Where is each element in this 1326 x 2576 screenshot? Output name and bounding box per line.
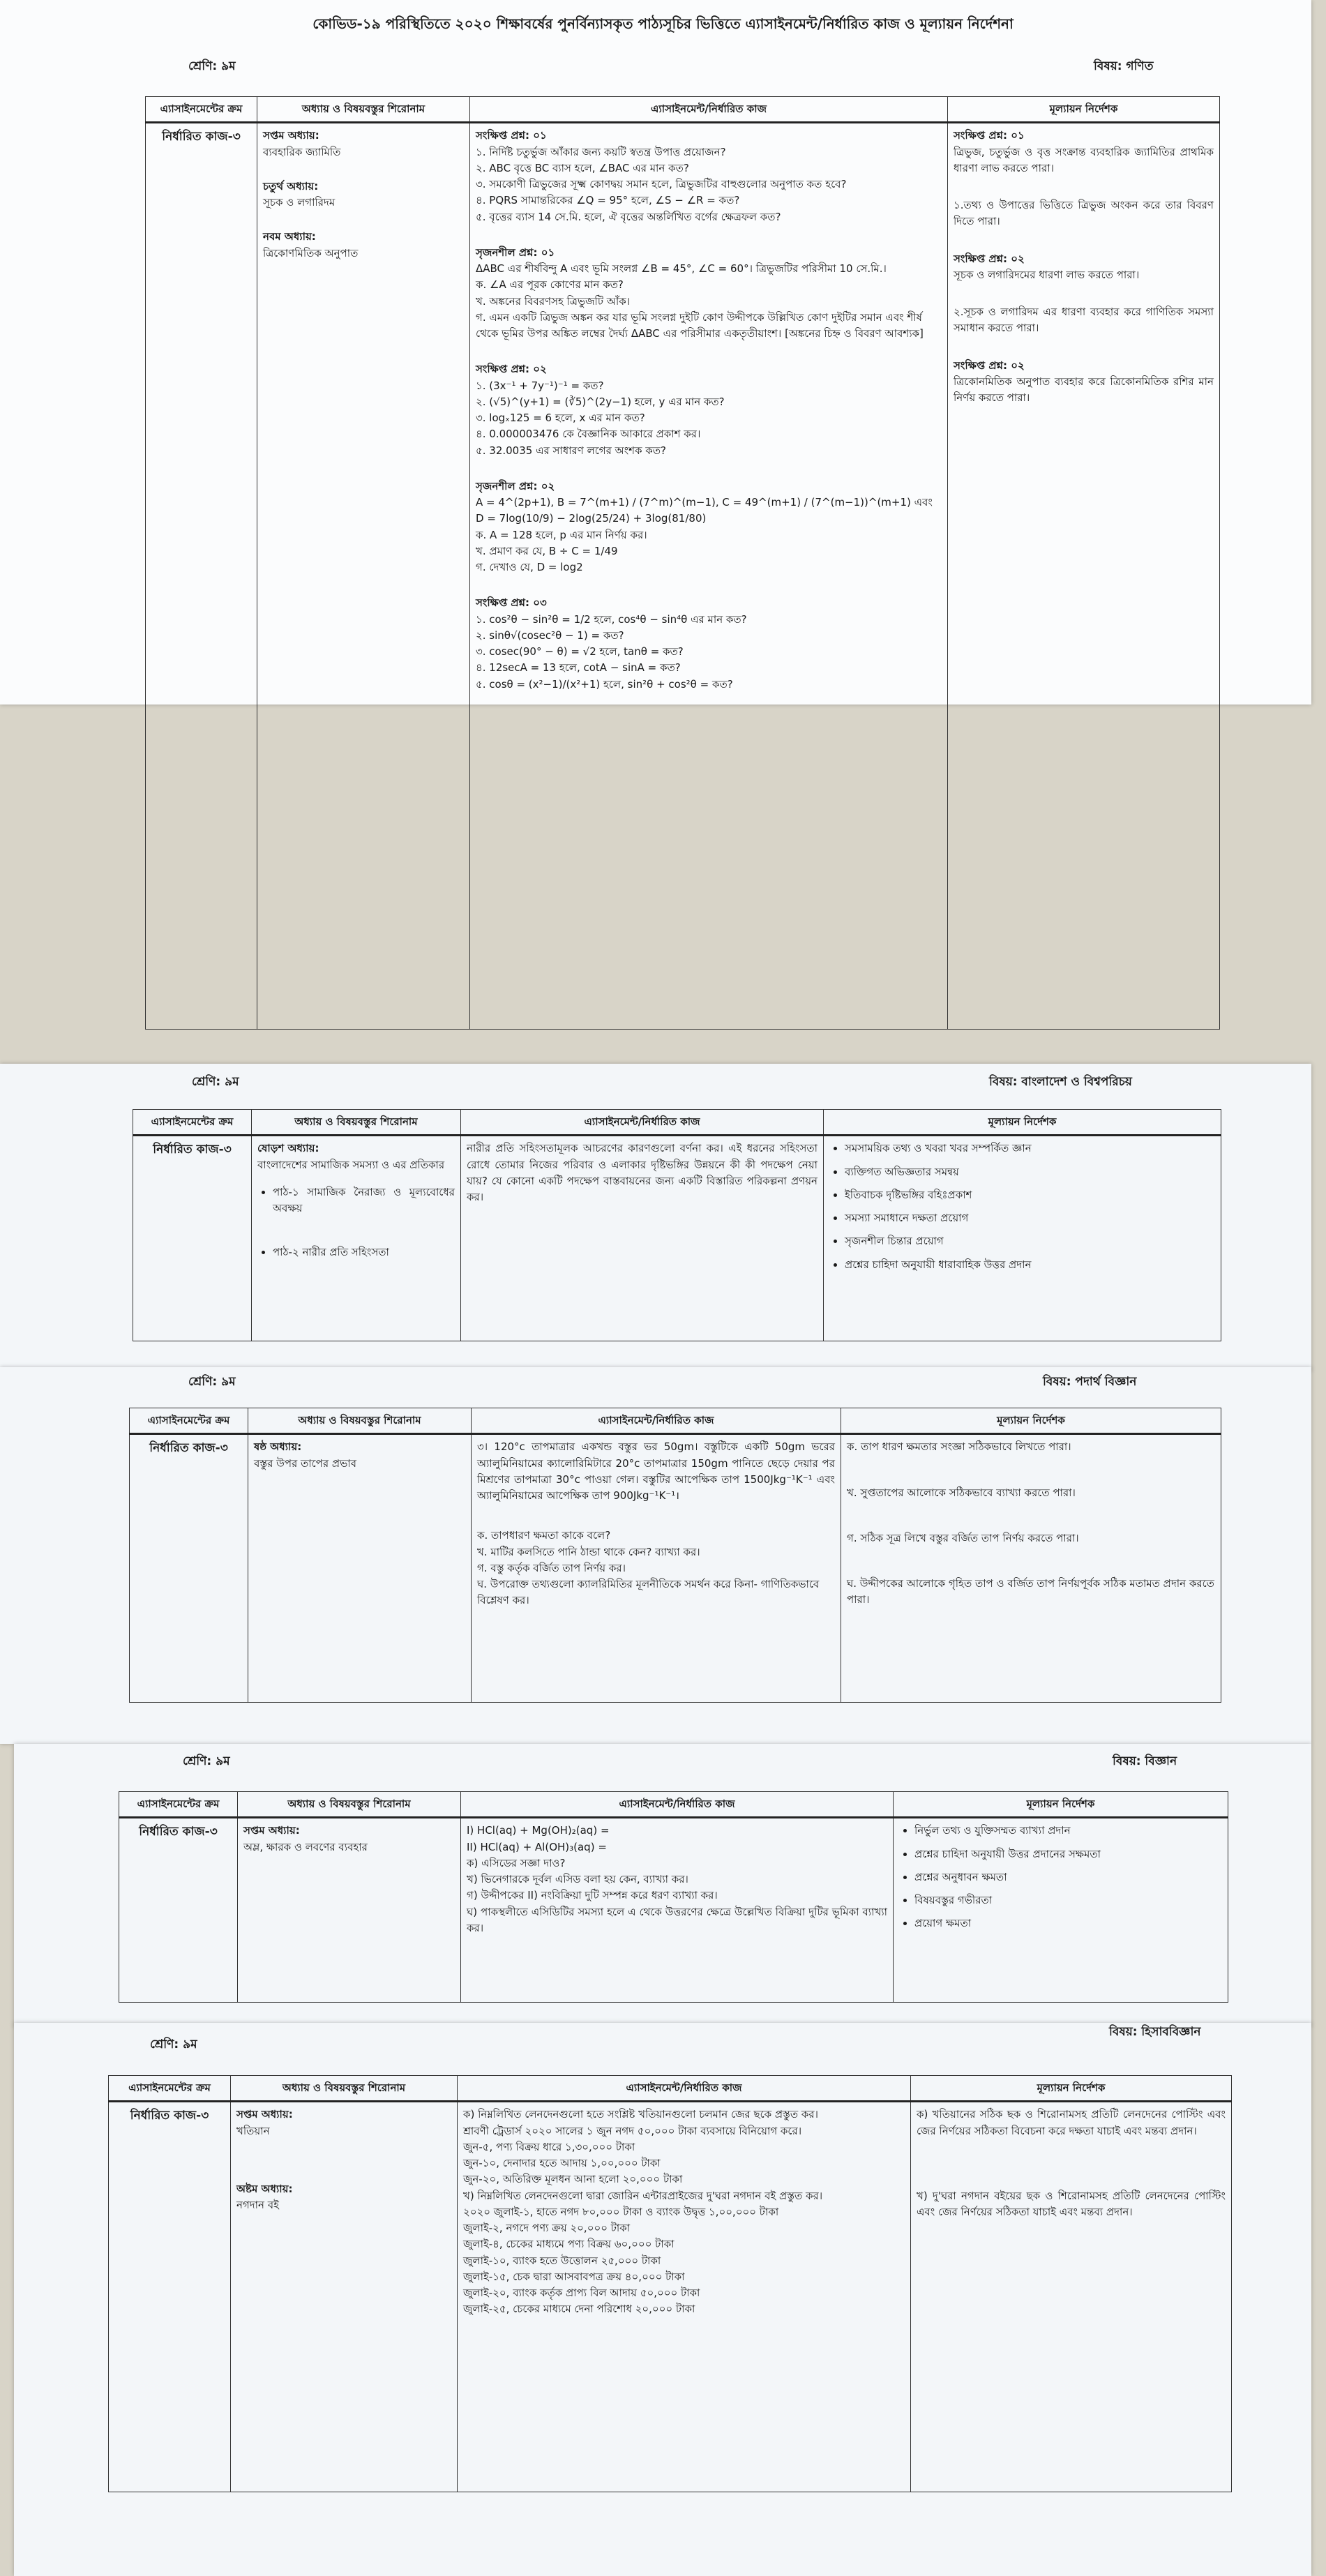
header-seq: এ্যাসাইনমেন্টের ক্রম [146,97,257,123]
block-heading: সংক্ষিপ্ত প্রশ্ন: ০২ [954,358,1214,374]
chapter-title: খতিয়ান [236,2123,451,2139]
criteria-item: ক. তাপ ধারণ ক্ষমতার সংজ্ঞা সঠিকভাবে লিখত… [847,1439,1215,1455]
criteria-item: ক) খতিয়ানের সঠিক ছক ও শিরোনামসহ প্রতিটি… [917,2107,1226,2139]
task-line: II) HCl(aq) + Al(OH)₃(aq) = [467,1839,887,1855]
block-line: গ. এমন একটি ত্রিভুজ অঙ্কন কর যার ভূমি সং… [476,310,942,342]
question-block: সংক্ষিপ্ত প্রশ্ন: ০২ত্রিকোনমিতিক অনুপাত … [954,358,1214,407]
task-line: জুন-৫, পণ্য বিক্রয় ধারে ১,৩০,০০০ টাকা [463,2139,905,2155]
header-chapter: অধ্যায় ও বিষয়বস্তুর শিরোনাম [252,1110,461,1136]
task-line: জুন-১০, দেনাদার হতে আদায় ১,০০,০০০ টাকা [463,2155,905,2171]
task-line: ২০২০ জুলাই-১, হাতে নগদ ৮০,০০০ টাকা ও ব্য… [463,2204,905,2220]
block-line: ১. cos²θ − sin²θ = 1/2 হলে, cos⁴θ − sin⁴… [476,612,942,628]
question-block: সংক্ষিপ্ত প্রশ্ন: ০৩১. cos²θ − sin²θ = 1… [476,595,942,693]
class-label: শ্রেণি: ৯ম [192,1073,239,1092]
criteria-item: ইতিবাচক দৃষ্টিভঙ্গির বহিঃপ্রকাশ [845,1187,1215,1203]
block-line: ক. A = 128 হলে, p এর মান নির্ণয় কর। [476,527,942,543]
chapter-title: নগদান বই [236,2197,451,2213]
task-cell: সংক্ষিপ্ত প্রশ্ন: ০১১. নির্দিষ্ট চতুর্ভু… [470,123,948,1030]
chapter-title: বাংলাদেশের সামাজিক সমস্যা ও এর প্রতিকার [257,1157,455,1173]
block-line: ৫. cosθ = (x²−1)/(x²+1) হলে, sin²θ + cos… [476,677,942,693]
block-line: ১. নির্দিষ্ট চতুর্ভুজ আঁকার জন্য কয়টি স… [476,144,942,160]
task-cell: নারীর প্রতি সহিংসতামূলক আচরণের কারণগুলো … [461,1136,824,1341]
chapter-title: বস্তুর উপর তাপের প্রভাব [254,1456,465,1472]
block-line: ৪. 0.000003476 কে বৈজ্ঞানিক আকারে প্রকাশ… [476,426,942,442]
chapter-cell: সপ্তম অধ্যায়: অম্ল, ক্ষারক ও লবণের ব্যব… [238,1818,461,2003]
chapter-label: অষ্টম অধ্যায়: [236,2181,451,2197]
task-line: খ) ভিনেগারকে দূর্বল এসিড বলা হয় কেন, ব্… [467,1871,887,1888]
question-list: ক. তাপধারণ ক্ষমতা কাকে বলে?খ. মাটির কলসি… [477,1528,835,1609]
question-item: ঘ. উপরোক্ত তথ্যগুলো ক্যালরিমিতির মূলনীতি… [477,1576,835,1609]
criteria-item: সমস্যা সমাধানে দক্ষতা প্রয়োগ [845,1210,1215,1226]
task-line: I) HCl(aq) + Mg(OH)₂(aq) = [467,1823,887,1839]
header-chapter: অধ্যায় ও বিষয়বস্তুর শিরোনাম [257,97,470,123]
header-chapter: অধ্যায় ও বিষয়বস্তুর শিরোনাম [248,1408,472,1434]
block-line: ১. (3x⁻¹ + 7y⁻¹)⁻¹ = কত? [476,378,942,394]
header-task: এ্যাসাইনমেন্ট/নির্ধারিত কাজ [461,1110,824,1136]
block-line: ৩. logₓ125 = 6 হলে, x এর মান কত? [476,410,942,426]
chapter-label: নবম অধ্যায়: [263,229,464,245]
block-line: ১.তথ্য ও উপাত্তের ভিত্তিতে ত্রিভুজ অংকন … [954,197,1214,230]
task-line: জুলাই-২, নগদে পণ্য ক্রয় ২০,০০০ টাকা [463,2220,905,2236]
block-line: গ. দেখাও যে, D = log2 [476,559,942,575]
question-block: সংক্ষিপ্ত প্রশ্ন: ০১ত্রিভুজ, চতুর্ভুজ ও … [954,128,1214,176]
task-line: জুন-২০, অতিরিক্ত মূলধন আনা হলো ২০,০০০ টা… [463,2171,905,2187]
chapter-title: ত্রিকোণমিতিক অনুপাত [263,246,464,262]
task-line: জুলাই-২৫, চেকের মাধ্যমে দেনা পরিশোধ ২০,০… [463,2301,905,2317]
subject-label: বিষয়: পদার্থ বিজ্ঞান [1043,1373,1136,1392]
criteria-list: সমসাময়িক তথ্য ও খবরা খবর সম্পর্কিত জ্ঞা… [829,1140,1215,1273]
criteria-item: সমসাময়িক তথ্য ও খবরা খবর সম্পর্কিত জ্ঞা… [845,1140,1215,1157]
chapter-label: ষষ্ঠ অধ্যায়: [254,1439,465,1455]
task-line: ক) এসিডের সজ্ঞা দাও? [467,1855,887,1871]
question-block: সংক্ষিপ্ত প্রশ্ন: ০২সূচক ও লগারিদমের ধার… [954,251,1214,284]
task-line: জুলাই-১০, ব্যাংক হতে উত্তোলন ২৫,০০০ টাকা [463,2253,905,2269]
block-line: ৩. cosec(90° − θ) = √2 হলে, tanθ = কত? [476,644,942,660]
block-heading: সংক্ষিপ্ত প্রশ্ন: ০৩ [476,595,942,611]
block-line: ΔABC এর শীর্ষবিন্দু A এবং ভূমি সংলগ্ন ∠B… [476,261,942,277]
block-line: ৫. বৃত্তের ব্যাস 14 সে.মি. হলে, ঐ বৃত্তে… [476,209,942,225]
criteria-item: ব্যক্তিগত অভিজ্ঞতার সমন্বয় [845,1164,1215,1180]
block-line: ৪. 12secA = 13 হলে, cotA − sinA = কত? [476,660,942,676]
question-block: ২.সূচক ও লগারিদম এর ধারণা ব্যবহার করে গা… [954,304,1214,337]
block-line: ২. sinθ√(cosec²θ − 1) = কত? [476,628,942,644]
header-chapter: অধ্যায় ও বিষয়বস্তুর শিরোনাম [231,2076,458,2102]
chapter-label: চতুর্থ অধ্যায়: [263,179,464,195]
accounting-assignment-table: এ্যাসাইনমেন্টের ক্রম অধ্যায় ও বিষয়বস্ত… [108,2075,1232,2492]
criteria-item: নির্ভুল তথ্য ও যুক্তিসম্মত ব্যাখ্যা প্রদ… [914,1823,1222,1839]
question-block: সংক্ষিপ্ত প্রশ্ন: ০১১. নির্দিষ্ট চতুর্ভু… [476,128,942,225]
header-seq: এ্যাসাইনমেন্টের ক্রম [109,2076,231,2102]
task-line: গ) উদ্দীপকের II) নংবিক্রিয়া দুটি সম্পন্… [467,1888,887,1904]
criteria-cell: নির্ভুল তথ্য ও যুক্তিসম্মত ব্যাখ্যা প্রদ… [894,1818,1228,2003]
assignment-seq: নির্ধারিত কাজ-৩ [109,2102,231,2492]
chapter-title: ব্যবহারিক জ্যামিতি [263,144,464,160]
header-criteria: মূল্যায়ন নির্দেশক [911,2076,1232,2102]
assignment-seq: নির্ধারিত কাজ-৩ [119,1818,238,2003]
lesson-list: পাঠ-১ সামাজিক নৈরাজ্য ও মূল্যবোধের অবক্ষ… [257,1184,455,1261]
chapter-cell: ষষ্ঠ অধ্যায়: বস্তুর উপর তাপের প্রভাব [248,1434,472,1703]
header-seq: এ্যাসাইনমেন্টের ক্রম [133,1110,252,1136]
question-item: ক. তাপধারণ ক্ষমতা কাকে বলে? [477,1528,835,1544]
criteria-item: খ) দু'ঘরা নগদান বইয়ের ছক ও শিরোনামসহ প্… [917,2188,1226,2221]
question-item: গ. বস্তু কর্তৃক বর্জিত তাপ নির্ণয় কর। [477,1560,835,1576]
subject-label: বিষয়: বাংলাদেশ ও বিশ্বপরিচয় [989,1073,1132,1092]
block-line: ৫. 32.0035 এর সাধারণ লগের অংশক কত? [476,443,942,459]
chapter-cell: সপ্তম অধ্যায়:ব্যবহারিক জ্যামিতি চতুর্থ … [257,123,470,1030]
block-line: সূচক ও লগারিদমের ধারণা লাভ করতে পারা। [954,267,1214,283]
block-line: ২. ABC বৃত্তে BC ব্যাস হলে, ∠BAC এর মান … [476,160,942,176]
block-heading: সংক্ষিপ্ত প্রশ্ন: ০২ [476,361,942,377]
task-cell: ক) নিম্নলিখিত লেনদেনগুলো হতে সংশ্লিষ্ট খ… [458,2102,911,2492]
bgs-assignment-table: এ্যাসাইনমেন্টের ক্রম অধ্যায় ও বিষয়বস্ত… [133,1109,1221,1341]
class-label: শ্রেণি: ৯ম [183,1752,230,1772]
science-assignment-table: এ্যাসাইনমেন্টের ক্রম অধ্যায় ও বিষয়বস্ত… [119,1791,1228,2003]
block-heading: সংক্ষিপ্ত প্রশ্ন: ০২ [954,251,1214,267]
task-line: ঘ) পাকস্থলীতে এসিডিটির সমস্যা হলে এ থেকে… [467,1904,887,1937]
block-line: খ. প্রমাণ কর যে, B ÷ C = 1/49 [476,543,942,559]
task-cell: ৩। 120°c তাপমাত্রার একখন্ড বস্তুর ভর 50g… [472,1434,841,1703]
assignment-seq: নির্ধারিত কাজ-৩ [130,1434,248,1703]
chapter-label: সপ্তম অধ্যায়: [243,1823,455,1839]
criteria-item: প্রশ্নের চাহিদা অনুযায়ী ধারাবাহিক উত্তর… [845,1257,1215,1273]
subject-label: বিষয়: গণিত [1094,57,1153,77]
class-label: শ্রেণি: ৯ম [188,1373,236,1392]
chapter-label: সপ্তম অধ্যায়: [236,2107,451,2123]
problem-stem: ৩। 120°c তাপমাত্রার একখন্ড বস্তুর ভর 50g… [477,1439,835,1504]
block-line: ক. ∠A এর পূরক কোণের মান কত? [476,277,942,293]
criteria-item: প্রশ্নের চাহিদা অনুযায়ী উত্তর প্রদানের … [914,1846,1222,1862]
header-task: এ্যাসাইনমেন্ট/নির্ধারিত কাজ [470,97,948,123]
header-task: এ্যাসাইনমেন্ট/নির্ধারিত কাজ [472,1408,841,1434]
block-heading: সৃজনশীল প্রশ্ন: ০১ [476,245,942,261]
criteria-cell: ক. তাপ ধারণ ক্ষমতার সংজ্ঞা সঠিকভাবে লিখত… [841,1434,1221,1703]
question-block: সংক্ষিপ্ত প্রশ্ন: ০২১. (3x⁻¹ + 7y⁻¹)⁻¹ =… [476,361,942,459]
criteria-item: সৃজনশীল চিন্তার প্রয়োগ [845,1233,1215,1249]
block-line: ৪. PQRS সামান্তরিকের ∠Q = 95° হলে, ∠S − … [476,193,942,209]
criteria-item: ঘ. উদ্দীপকের আলোকে গৃহিত তাপ ও বর্জিত তা… [847,1576,1215,1609]
question-item: খ. মাটির কলসিতে পানি ঠান্ডা থাকে কেন? ব্… [477,1544,835,1560]
criteria-list: নির্ভুল তথ্য ও যুক্তিসম্মত ব্যাখ্যা প্রদ… [899,1823,1222,1931]
header-seq: এ্যাসাইনমেন্টের ক্রম [130,1408,248,1434]
chapter-title: অম্ল, ক্ষারক ও লবণের ব্যবহার [243,1839,455,1855]
task-line: খ) নিম্নলিখিত লেনদেনগুলো দ্বারা জোরিন এন… [463,2188,905,2204]
header-criteria: মূল্যায়ন নির্দেশক [894,1792,1228,1818]
criteria-item: বিষয়বস্তুর গভীরতা [914,1892,1222,1908]
header-criteria: মূল্যায়ন নির্দেশক [948,97,1220,123]
block-heading: সংক্ষিপ্ত প্রশ্ন: ০১ [954,128,1214,144]
question-block: সৃজনশীল প্রশ্ন: ০১ΔABC এর শীর্ষবিন্দু A … [476,245,942,342]
block-line: ২.সূচক ও লগারিদম এর ধারণা ব্যবহার করে গা… [954,304,1214,337]
document-title: কোভিড-১৯ পরিস্থিতিতে ২০২০ শিক্ষাবর্ষের প… [0,14,1326,37]
block-line: A = 4^(2p+1), B = 7^(m+1) / (7^m)^(m−1),… [476,495,942,527]
lesson-item: পাঠ-২ নারীর প্রতি সহিংসতা [273,1244,455,1260]
block-line: খ. অঙ্কনের বিবরণসহ ত্রিভুজটি আঁক। [476,294,942,310]
task-line: জুলাই-১৫, চেক দ্বারা আসবাবপত্র ক্রয় ৪০,… [463,2269,905,2285]
criteria-item: খ. সুপ্ততাপের আলোকে সঠিকভাবে ব্যাখ্যা কর… [847,1485,1215,1501]
criteria-item: গ. সঠিক সূত্র লিখে বস্তুর বর্জিত তাপ নির… [847,1530,1215,1546]
chapter-cell: ষোড়শ অধ্যায়: বাংলাদেশের সামাজিক সমস্যা… [252,1136,461,1341]
header-task: এ্যাসাইনমেন্ট/নির্ধারিত কাজ [458,2076,911,2102]
question-block: ১.তথ্য ও উপাত্তের ভিত্তিতে ত্রিভুজ অংকন … [954,197,1214,230]
header-criteria: মূল্যায়ন নির্দেশক [841,1408,1221,1434]
task-cell: I) HCl(aq) + Mg(OH)₂(aq) =II) HCl(aq) + … [461,1818,894,2003]
task-line: জুলাই-৪, চেকের মাধ্যমে পণ্য বিক্রয় ৬০,০… [463,2236,905,2252]
math-assignment-table: এ্যাসাইনমেন্টের ক্রম অধ্যায় ও বিষয়বস্ত… [145,96,1220,1030]
criteria-item: প্রশ্নের অনুধাবন ক্ষমতা [914,1869,1222,1885]
assignment-seq: নির্ধারিত কাজ-৩ [146,123,257,1030]
class-label: শ্রেণি: ৯ম [188,57,236,77]
header-criteria: মূল্যায়ন নির্দেশক [824,1110,1221,1136]
block-line: ত্রিভুজ, চতুর্ভুজ ও বৃত্ত সংক্রান্ত ব্যব… [954,144,1214,177]
header-seq: এ্যাসাইনমেন্টের ক্রম [119,1792,238,1818]
task-line: জুলাই-২০, ব্যাংক কর্তৃক প্রাপ্য বিল আদায… [463,2285,905,2301]
block-heading: সৃজনশীল প্রশ্ন: ০২ [476,479,942,495]
criteria-cell: সংক্ষিপ্ত প্রশ্ন: ০১ত্রিভুজ, চতুর্ভুজ ও … [948,123,1220,1030]
chapter-label: ষোড়শ অধ্যায়: [257,1140,455,1157]
criteria-cell: সমসাময়িক তথ্য ও খবরা খবর সম্পর্কিত জ্ঞা… [824,1136,1221,1341]
subject-label: বিষয়: বিজ্ঞান [1113,1752,1177,1772]
criteria-item: প্রয়োগ ক্ষমতা [914,1915,1222,1931]
question-block: সৃজনশীল প্রশ্ন: ০২A = 4^(2p+1), B = 7^(m… [476,479,942,576]
subject-label: বিষয়: হিসাববিজ্ঞান [1109,2023,1201,2042]
header-task: এ্যাসাইনমেন্ট/নির্ধারিত কাজ [461,1792,894,1818]
physics-assignment-table: এ্যাসাইনমেন্টের ক্রম অধ্যায় ও বিষয়বস্ত… [129,1408,1221,1703]
task-line: ক) নিম্নলিখিত লেনদেনগুলো হতে সংশ্লিষ্ট খ… [463,2107,905,2123]
chapter-label: সপ্তম অধ্যায়: [263,128,464,144]
task-line: শ্রাবণী ট্রেডার্স ২০২০ সালের ১ জুন নগদ ৫… [463,2123,905,2139]
class-label: শ্রেণি: ৯ম [150,2035,197,2055]
block-line: ৩. সমকোণী ত্রিভুজের সূক্ষ্ম কোণদ্বয় সমা… [476,176,942,193]
block-heading: সংক্ষিপ্ত প্রশ্ন: ০১ [476,128,942,144]
block-line: ২. (√5)^(y+1) = (∛5)^(2y−1) হলে, y এর মা… [476,394,942,410]
chapter-cell: সপ্তম অধ্যায়:খতিয়ান অষ্টম অধ্যায়:নগদা… [231,2102,458,2492]
chapter-title: সূচক ও লগারিদম [263,195,464,211]
header-chapter: অধ্যায় ও বিষয়বস্তুর শিরোনাম [238,1792,461,1818]
lesson-item: পাঠ-১ সামাজিক নৈরাজ্য ও মূল্যবোধের অবক্ষ… [273,1184,455,1217]
block-line: ত্রিকোনমিতিক অনুপাত ব্যবহার করে ত্রিকোনম… [954,374,1214,407]
assignment-seq: নির্ধারিত কাজ-৩ [133,1136,252,1341]
criteria-cell: ক) খতিয়ানের সঠিক ছক ও শিরোনামসহ প্রতিটি… [911,2102,1232,2492]
